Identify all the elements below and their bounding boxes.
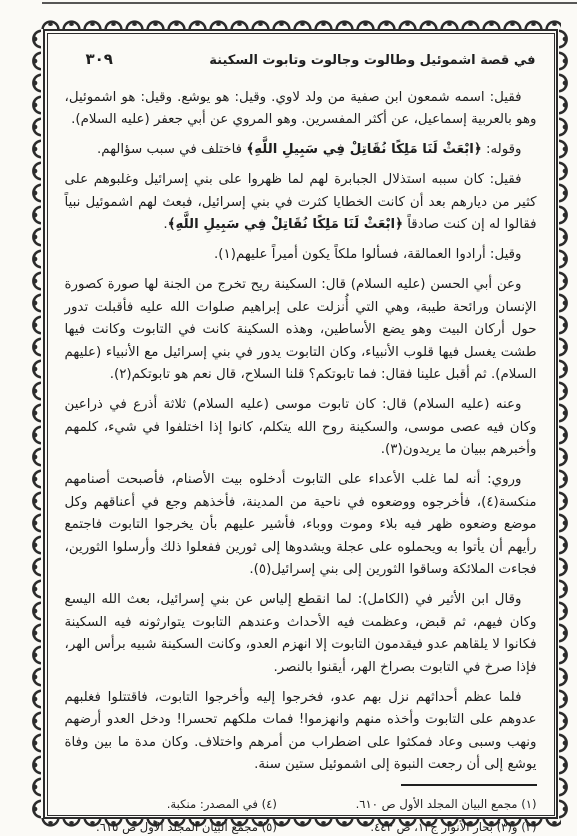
footnotes-section: (١) مجمع البيان المجلد الأول ص ٦١٠. (٤) …	[62, 784, 540, 836]
border-ornament-right	[559, 28, 574, 820]
page-header: في قصة اشموئيل وطالوت وجالوت وتابوت السك…	[62, 47, 540, 68]
paragraph: فلما عظم أحداثهم نزل بهم عدو، فخرجوا إلي…	[65, 687, 537, 777]
chapter-header-title: في قصة اشموئيل وطالوت وجالوت وتابوت السك…	[209, 53, 535, 68]
page-frame: في قصة اشموئيل وطالوت وجالوت وتابوت السك…	[43, 29, 558, 819]
body-text: فقيل: اسمه شمعون ابن صفية من ولد لاوي. و…	[62, 87, 540, 785]
paragraph: وقال ابن الأثير في (الكامل): لما انقطع إ…	[65, 589, 537, 679]
paragraph-text: وعنه (عليه السلام) قال: كان تابوت موسى (…	[65, 397, 537, 457]
quran-verse: ﴿ابْعَثْ لَنَا مَلِكًا نُقَاتِلْ فِي سَب…	[168, 217, 403, 232]
paragraph: فقيل: كان سببه استذلال الجبابرة لهم لما …	[65, 169, 537, 237]
footnote: (٥) مجمع البيان المجلد الأول ص ٦١٥.	[65, 816, 277, 836]
page-frame-inner-line: في قصة اشموئيل وطالوت وجالوت وتابوت السك…	[47, 33, 555, 816]
footnote-list: (١) مجمع البيان المجلد الأول ص ٦١٠. (٤) …	[65, 793, 537, 836]
page-number: ٣٠٩	[72, 50, 113, 68]
paragraph: وعنه (عليه السلام) قال: كان تابوت موسى (…	[65, 394, 537, 462]
paragraph-text: فلما عظم أحداثهم نزل بهم عدو، فخرجوا إلي…	[65, 690, 537, 773]
paragraph-text: وقال ابن الأثير في (الكامل): لما انقطع إ…	[65, 592, 537, 675]
paragraph-text: وعن أبي الحسن (عليه السلام) قال: السكينة…	[65, 277, 537, 382]
paragraph-text: وقيل: أرادوا العمالقة، فسألوا ملكاً يكون…	[214, 247, 521, 262]
footnote: (١) مجمع البيان المجلد الأول ص ٦١٠.	[277, 793, 537, 816]
paragraph: وقيل: أرادوا العمالقة، فسألوا ملكاً يكون…	[65, 244, 537, 267]
border-ornament-top	[40, 15, 561, 29]
paragraph: وعن أبي الحسن (عليه السلام) قال: السكينة…	[65, 274, 537, 387]
paragraph: وروي: أنه لما غلب الأعداء على التابوت أد…	[65, 469, 537, 582]
footnote: (٤) في المصدر: منكبة.	[65, 793, 277, 816]
page-content: في قصة اشموئيل وطالوت وجالوت وتابوت السك…	[48, 34, 554, 815]
paragraph-text: فاختلف في سبب سؤالهم.	[97, 142, 246, 157]
paragraph-text: فقيل: اسمه شمعون ابن صفية من ولد لاوي. و…	[65, 90, 537, 128]
footnote: (٢) و(٣) بحار الأنوار ج١٣، ص ٤٤٣.	[277, 816, 537, 836]
border-ornament-left	[26, 28, 41, 820]
paragraph: وقوله: ﴿ابْعَثْ لَنَا مَلِكًا نُقَاتِلْ …	[65, 139, 537, 162]
paragraph-text: وروي: أنه لما غلب الأعداء على التابوت أد…	[65, 472, 537, 577]
scan-edge-artifact	[42, 2, 577, 4]
paragraph-text: وقوله:	[482, 142, 522, 157]
book-page: في قصة اشموئيل وطالوت وجالوت وتابوت السك…	[0, 0, 577, 836]
quran-verse: ﴿ابْعَثْ لَنَا مَلِكًا نُقَاتِلْ فِي سَب…	[246, 142, 481, 157]
footnote-divider	[401, 784, 537, 786]
paragraph: فقيل: اسمه شمعون ابن صفية من ولد لاوي. و…	[65, 87, 537, 132]
